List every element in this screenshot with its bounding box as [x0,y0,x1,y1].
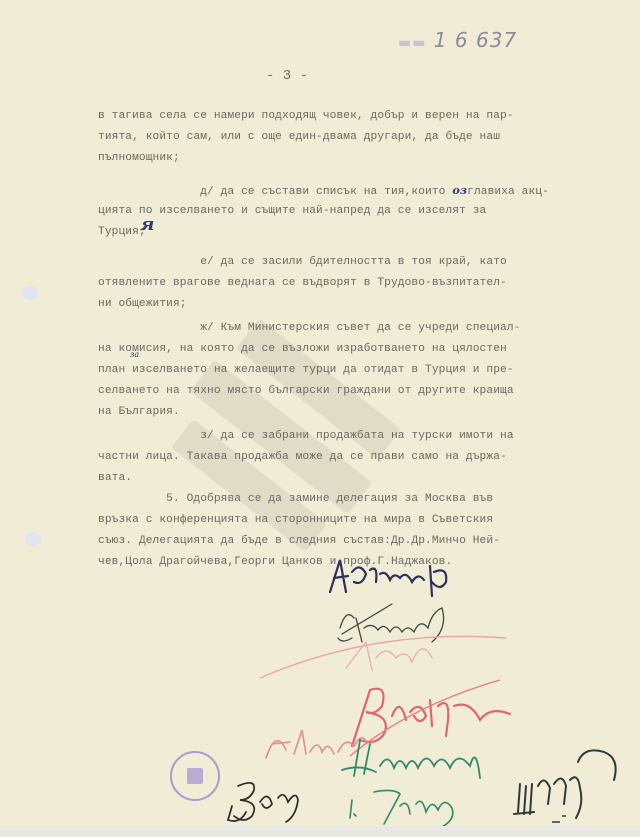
signature-9 [504,744,624,824]
punch-hole-bottom [25,532,41,546]
text-line-4: д/ да се състави списък на тия,които озг… [98,180,618,203]
signature-1 [322,552,482,602]
page-number: - 3 - [266,68,308,84]
text-line-6: Турция; [98,222,618,243]
handwritten-insertion-turkey: я [140,214,154,235]
text-line-4-start: д/ да се състави списък на тия,които [98,186,452,198]
archive-stamp-prefix: ▬▬ [398,35,426,51]
page-bottom-edge [0,826,640,837]
text-line-17: вата. [98,468,618,489]
signature-8 [226,776,306,826]
text-line-1: в тагива села се намери подходящ човек, … [98,106,618,127]
text-line-18: 5. Одобрява се да замине делегация за Мо… [98,489,618,510]
archive-number-value: 1 6 637 [434,28,517,52]
text-line-2: тията, който сам, или с още един-двама д… [98,127,618,148]
text-line-13: селването на тяхно място български гражд… [98,381,618,402]
handwritten-insertion-za: за [130,350,139,359]
text-line-11: на комисия, на която да се възложи израб… [98,339,618,360]
text-line-10: ж/ Към Министерския съвет да се учреди с… [98,318,618,339]
text-line-20: съюз. Делегацията да бъде в следния съст… [98,531,618,552]
text-line-9: ни общежития; [98,294,618,315]
official-stamp [170,751,220,801]
text-line-5: цията по изселването и същите най-напред… [98,201,618,222]
text-line-12: план изселването на желаещите турци да о… [98,360,618,381]
text-line-8: отявлените врагове веднага се въдворят в… [98,273,618,294]
punch-hole-top [22,286,38,300]
handwritten-insertion: оз [452,183,467,197]
text-line-7: е/ да се засили бдителността в тоя край,… [98,252,618,273]
text-line-14: на България. [98,402,618,423]
text-line-3: пълномощник; [98,148,618,169]
stamp-emblem-icon [187,768,203,784]
text-line-16: частни лица. Такава продажба може да се … [98,447,618,468]
text-line-15: з/ да се забрани продажбата на турски им… [98,426,618,447]
text-line-4-end: главиха акц- [467,186,549,198]
archive-number: ▬▬ 1 6 637 [398,28,517,52]
text-line-19: връзка с конференцията на сторонниците н… [98,510,618,531]
document-page: ▬▬ 1 6 637 - 3 - в тагива села се намери… [0,0,640,826]
signature-7 [344,780,474,830]
